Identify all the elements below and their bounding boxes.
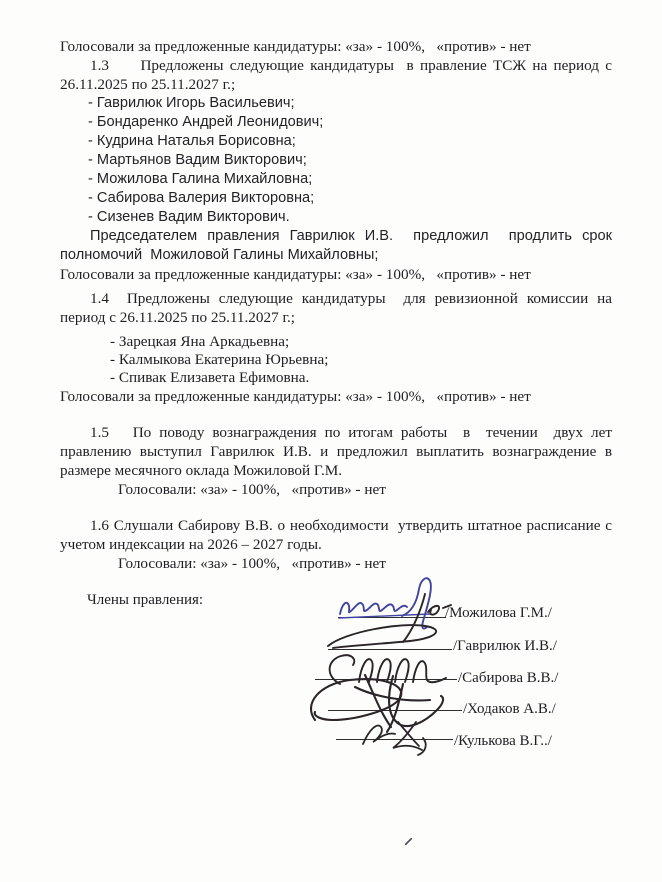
audit-candidates-list: - Зарецкая Яна Аркадьевна; - Калмыкова Е…: [60, 333, 612, 387]
chairman-proposal: Председателем правления Гаврилюк И.В. пр…: [60, 227, 612, 265]
candidate-item: - Спивак Елизавета Ефимовна.: [110, 369, 612, 387]
vote-result-line-1-4: Голосовали за предложенные кандидатуры: …: [60, 387, 612, 406]
section-1-5-text: 1.5 По поводу вознаграждения по итогам р…: [60, 423, 612, 480]
candidate-item: - Можилова Галина Михайловна;: [88, 170, 612, 189]
scanned-protocol-page: Голосовали за предложенные кандидатуры: …: [0, 0, 662, 882]
handwritten-signatures: [290, 572, 480, 782]
signature-khodakov: [311, 675, 443, 732]
signature-block: Члены правления: /Можилова Г.М./ /Гаврил…: [60, 585, 612, 815]
candidate-item: - Зарецкая Яна Аркадьевна;: [110, 333, 612, 351]
candidate-item: - Мартьянов Вадим Викторович;: [88, 151, 612, 170]
candidate-item: - Кудрина Наталья Борисовна;: [88, 132, 612, 151]
section-1-6-text: 1.6 Слушали Сабирову В.В. о необходимост…: [60, 516, 612, 554]
signature-mozhilova: [339, 578, 431, 628]
section-1-3-intro: 1.3 Предложены следующие кандидатуры в п…: [60, 56, 612, 94]
board-candidates-list: - Гаврилюк Игорь Васильевич; - Бондаренк…: [60, 94, 612, 227]
section-1-4-intro: 1.4 Предложены следующие кандидатуры для…: [60, 289, 612, 327]
candidate-item: - Калмыкова Екатерина Юрьевна;: [110, 351, 612, 369]
scan-artifact: [405, 838, 412, 845]
document-body: Голосовали за предложенные кандидатуры: …: [0, 0, 662, 815]
candidate-item: - Гаврилюк Игорь Васильевич;: [88, 94, 612, 113]
vote-result-line-1-5: Голосовали: «за» - 100%, «против» - нет: [60, 480, 612, 499]
candidate-item: - Сизенев Вадим Викторович.: [88, 208, 612, 227]
vote-result-line-top: Голосовали за предложенные кандидатуры: …: [60, 37, 612, 56]
candidate-item: - Сабирова Валерия Викторовна;: [88, 189, 612, 208]
candidate-item: - Бондаренко Андрей Леонидович;: [88, 113, 612, 132]
signature-kulkova: [363, 722, 426, 755]
vote-result-line-1-3: Голосовали за предложенные кандидатуры: …: [60, 265, 612, 284]
vote-result-line-1-6: Голосовали: «за» - 100%, «против» - нет: [60, 554, 612, 573]
members-heading: Члены правления:: [87, 592, 203, 609]
